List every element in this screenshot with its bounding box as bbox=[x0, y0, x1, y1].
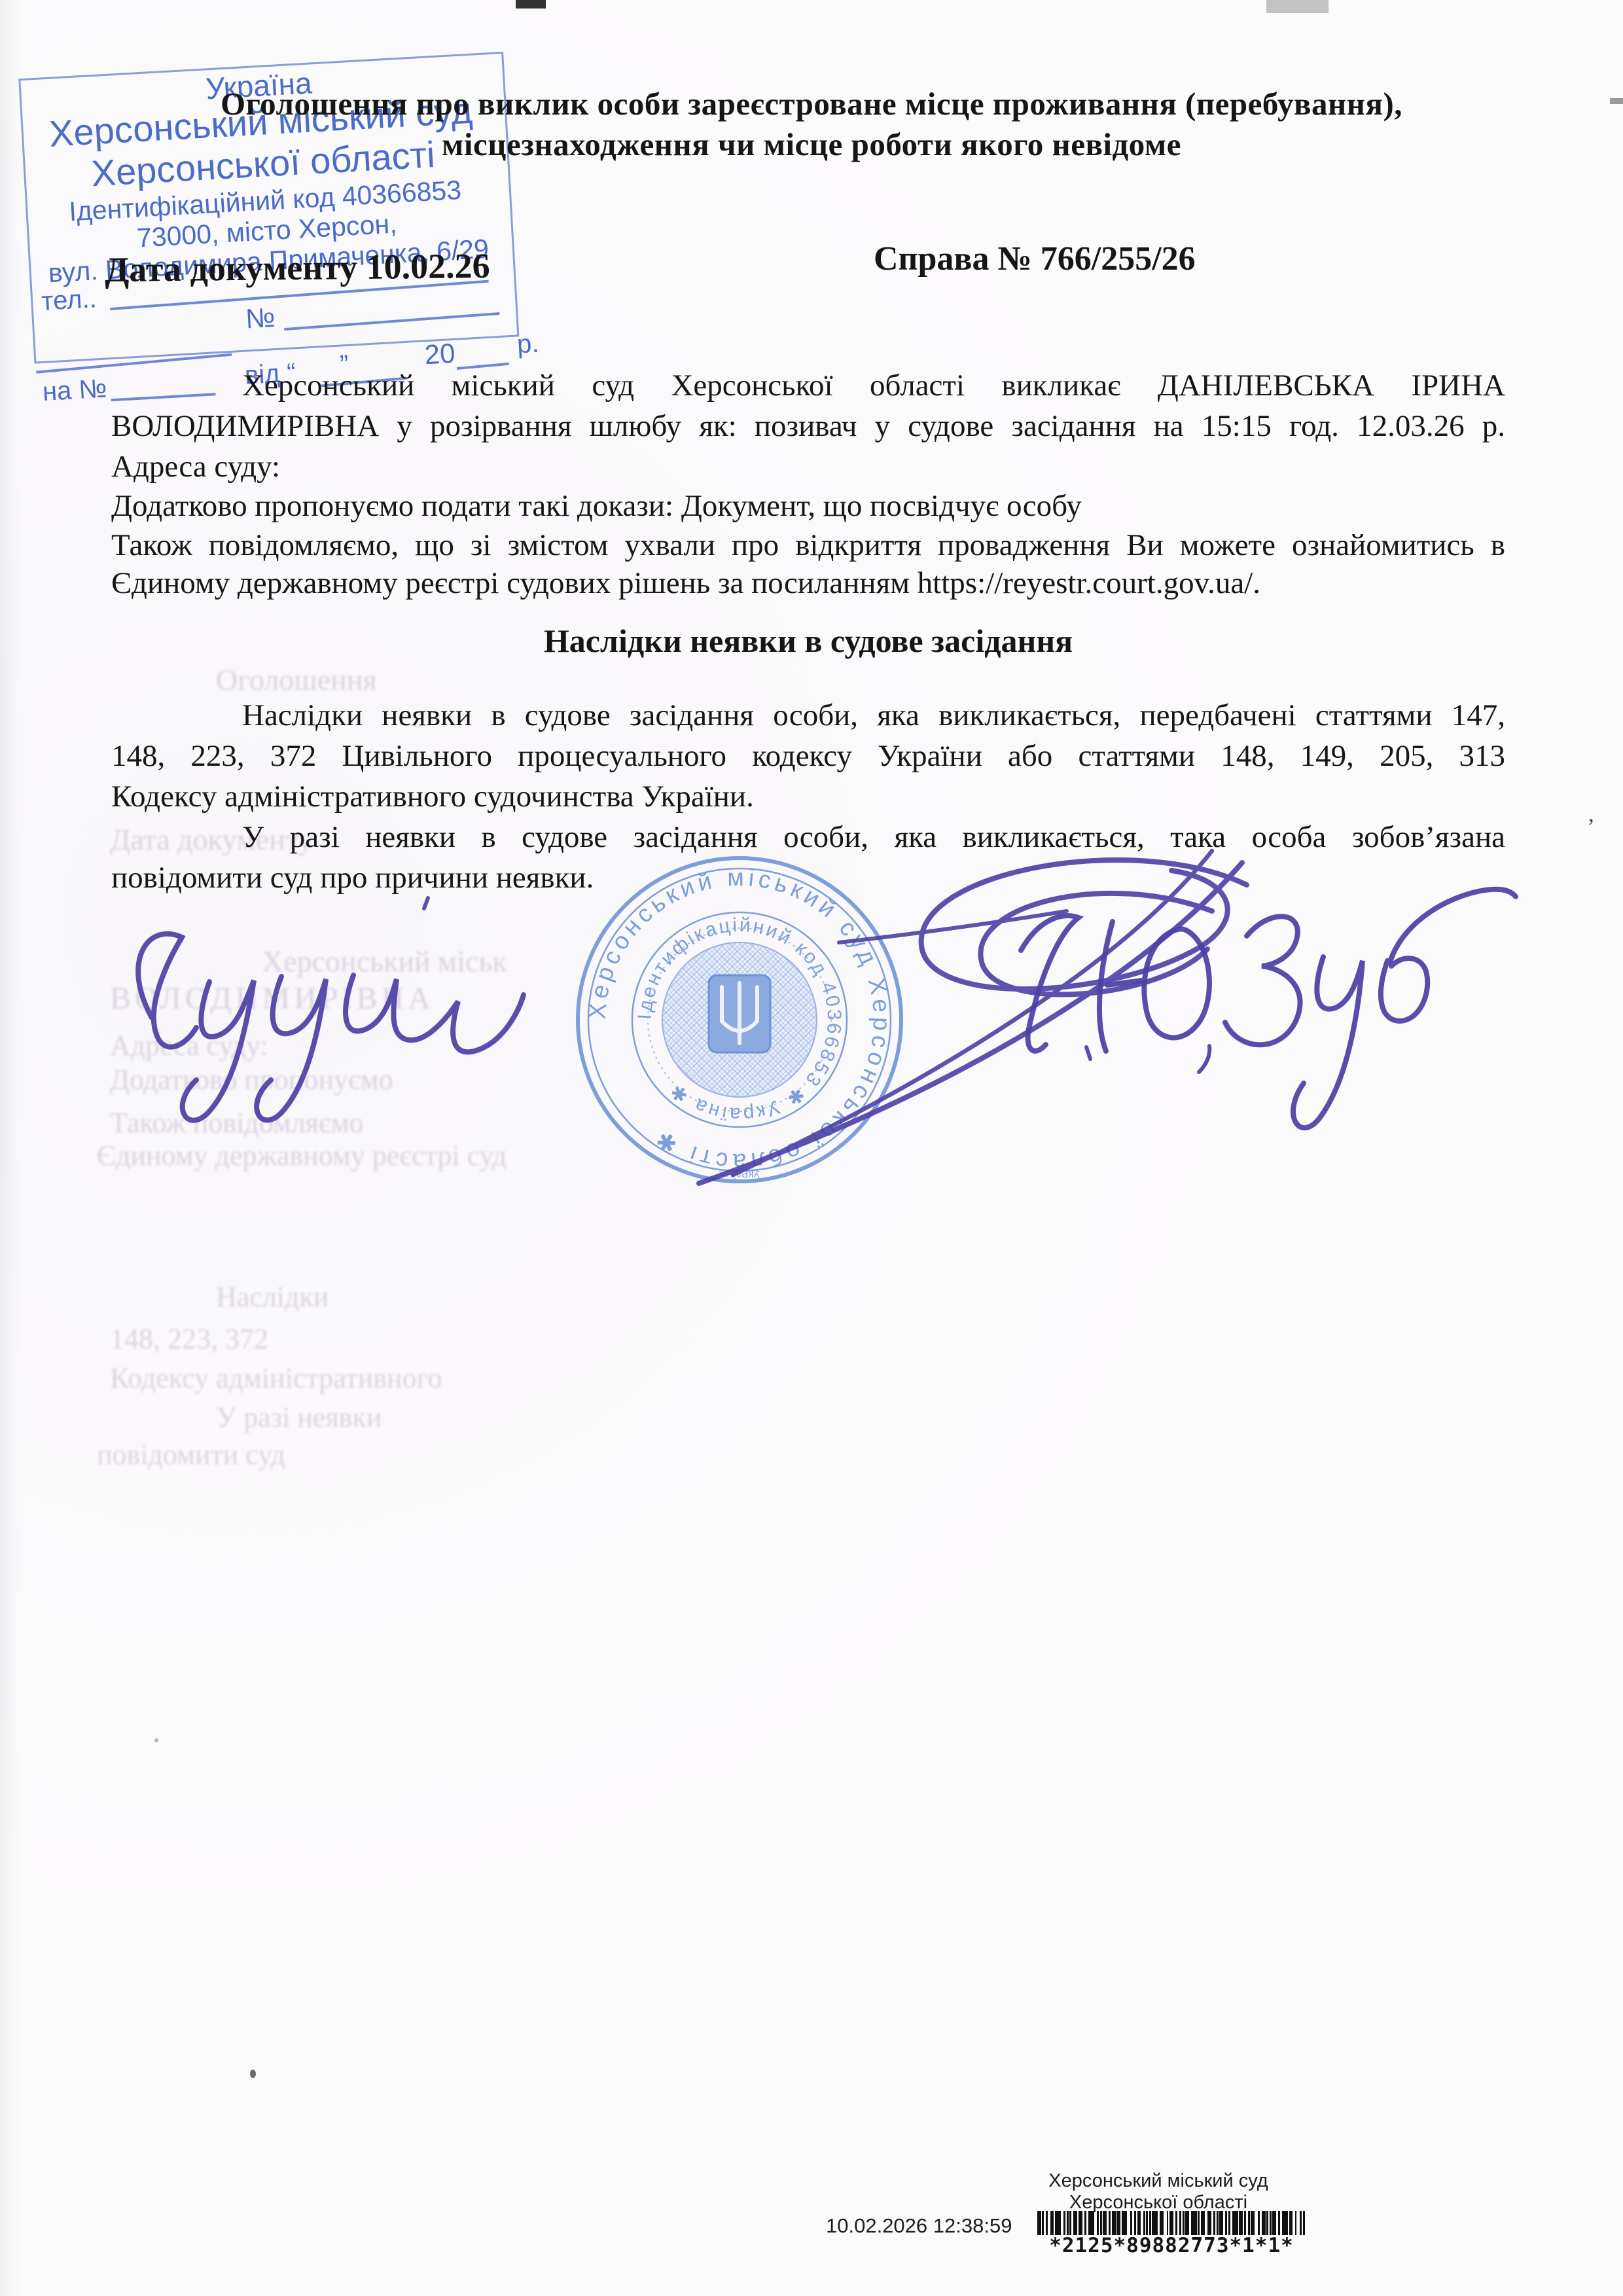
barcode-bar bbox=[1258, 2211, 1260, 2235]
barcode-bar bbox=[1130, 2211, 1132, 2235]
barcode-bar bbox=[1097, 2211, 1099, 2235]
document-title-line2: місцезнаходження чи місце роботи якого н… bbox=[0, 124, 1623, 165]
barcode-bar bbox=[1067, 2211, 1069, 2235]
barcode-bar bbox=[1303, 2211, 1305, 2235]
body-line: 148, 223, 372 Цивільного процесуального … bbox=[111, 738, 1505, 774]
barcode-bar bbox=[1143, 2211, 1145, 2235]
barcode-bar bbox=[1042, 2211, 1044, 2235]
ink-speck bbox=[154, 1738, 158, 1742]
body-line: Кодексу адміністративного судочинства Ук… bbox=[111, 779, 754, 814]
barcode-bar bbox=[1183, 2211, 1185, 2235]
barcode-bar bbox=[1213, 2211, 1215, 2235]
seal-micro-text: УКРАЇНА bbox=[719, 1168, 760, 1179]
stamp-year-suffix: р. bbox=[516, 329, 540, 360]
ghost-text-line: ВОЛОДИМИРІВНА bbox=[110, 980, 435, 1016]
barcode-bar bbox=[1088, 2211, 1094, 2235]
barcode-bar bbox=[1069, 2211, 1071, 2235]
barcode-bar bbox=[1137, 2211, 1141, 2235]
ghost-text-line: повідомити суд bbox=[97, 1438, 285, 1471]
barcode-bar bbox=[1219, 2211, 1223, 2235]
ghost-text-line: У разі неявки bbox=[216, 1401, 382, 1434]
ghost-text-line: Наслідки bbox=[216, 1280, 329, 1314]
barcode-bar bbox=[1262, 2211, 1266, 2235]
scanned-court-document: ’ ОголошенняДата документуХерсонський мі… bbox=[0, 0, 1623, 2296]
section-heading: Наслідки неявки в судове засідання bbox=[111, 622, 1505, 660]
document-date-label: Дата документу bbox=[105, 247, 358, 289]
barcode-bar bbox=[1050, 2211, 1054, 2235]
ghost-text-line: Також повідомляємо bbox=[110, 1106, 364, 1139]
body-line: Єдиному державному реєстрі судових рішен… bbox=[111, 565, 1260, 601]
body-line: Додатково пропонуємо подати такі докази:… bbox=[111, 488, 1082, 524]
footer-court-line1: Херсонський міський суд bbox=[975, 2170, 1342, 2192]
barcode-bar bbox=[1266, 2211, 1268, 2235]
barcode-bar bbox=[1100, 2211, 1102, 2235]
document-title-line1: Оголошення про виклик особи зареєстрован… bbox=[0, 84, 1623, 124]
barcode-bar bbox=[1134, 2211, 1136, 2235]
barcode-bar bbox=[1228, 2211, 1230, 2235]
body-line: Адреса суду: bbox=[111, 449, 280, 484]
barcode-bar bbox=[1270, 2211, 1272, 2235]
barcode-bar bbox=[1169, 2211, 1173, 2235]
ghost-text-line: Оголошення bbox=[216, 662, 377, 697]
round-court-seal: Херсонський міський суд Херсонської обла… bbox=[569, 850, 910, 1190]
body-line: Наслідки неявки в судове засідання особи… bbox=[242, 698, 1505, 733]
document-title: Оголошення про виклик особи зареєстрован… bbox=[0, 84, 1623, 165]
ghost-text-line: Єдиному державному реєстрі суд bbox=[97, 1139, 507, 1172]
barcode-bar bbox=[1185, 2211, 1189, 2235]
barcode-bar bbox=[1112, 2211, 1116, 2235]
ghost-text-line: Херсонський міськ bbox=[262, 944, 507, 978]
scan-smudge bbox=[516, 0, 546, 9]
barcode-label: *2125*89882773*1*1* bbox=[1037, 2234, 1306, 2257]
case-number: Справа № 766/255/26 bbox=[874, 240, 1196, 278]
barcode-bar bbox=[1295, 2211, 1297, 2235]
barcode-bar bbox=[1201, 2211, 1205, 2235]
document-date-value: 10.02.26 bbox=[366, 246, 490, 287]
barcode-bar bbox=[1084, 2211, 1086, 2235]
barcode-bar bbox=[1217, 2211, 1219, 2235]
ghost-text-line: 148, 223, 372 bbox=[110, 1322, 268, 1355]
barcode-bar bbox=[1122, 2211, 1128, 2235]
barcode-bar bbox=[1232, 2211, 1238, 2235]
barcode-bar bbox=[1079, 2211, 1082, 2235]
barcode-bar bbox=[1244, 2211, 1246, 2235]
barcode-bar bbox=[1149, 2211, 1151, 2235]
barcode-bar bbox=[1116, 2211, 1120, 2235]
barcode-bar bbox=[1160, 2211, 1164, 2235]
barcode-bar bbox=[1037, 2211, 1041, 2235]
barcode-bar bbox=[1248, 2211, 1250, 2235]
judge-name-signature: І.Ю.Зуб bbox=[1021, 889, 1516, 1128]
stamp-ref-label: на № bbox=[42, 374, 108, 407]
ghost-text-line: Додатково пропонуємо bbox=[110, 1063, 393, 1096]
barcode-bar bbox=[1225, 2211, 1227, 2235]
footer-timestamp: 10.02.2026 12:38:59 bbox=[826, 2214, 1012, 2238]
barcode-bar bbox=[1198, 2211, 1200, 2235]
body-line: повідомити суд про причини неявки. bbox=[111, 860, 594, 895]
barcode-bar bbox=[1063, 2211, 1065, 2235]
barcode-bar bbox=[1179, 2211, 1181, 2235]
stamp-tel-label: тел.. bbox=[41, 284, 98, 317]
barcode-bar bbox=[1282, 2211, 1288, 2235]
body-line: ВОЛОДИМИРІВНА у розірвання шлюбу як: поз… bbox=[111, 408, 1505, 444]
stamp-number-label: № bbox=[245, 302, 276, 334]
stamp-year-prefix: 20 bbox=[423, 338, 455, 371]
barcode-bar bbox=[1055, 2211, 1061, 2235]
scan-smudge bbox=[1266, 0, 1329, 13]
barcode-bar bbox=[1272, 2211, 1276, 2235]
body-line: Херсонський міський суд Херсонської обла… bbox=[242, 368, 1505, 403]
barcode-bar bbox=[1109, 2211, 1111, 2235]
barcode-bar bbox=[1251, 2211, 1255, 2235]
ink-speck: ’ bbox=[1587, 813, 1595, 840]
barcode bbox=[1037, 2211, 1306, 2235]
document-date-line: Дата документу 10.02.26 bbox=[105, 245, 490, 290]
barcode-bar bbox=[1152, 2211, 1158, 2235]
barcode-bar bbox=[1191, 2211, 1197, 2235]
barcode-bar bbox=[1167, 2211, 1169, 2235]
stamp-ref-underline bbox=[111, 393, 216, 401]
barcode-bar bbox=[1239, 2211, 1243, 2235]
barcode-bar bbox=[1289, 2211, 1293, 2235]
ghost-text-line: Кодексу адміністративного bbox=[110, 1361, 442, 1395]
barcode-bar bbox=[1146, 2211, 1148, 2235]
barcode-bar bbox=[1300, 2211, 1302, 2235]
ghost-text-line: Адреса суду: bbox=[110, 1029, 268, 1062]
ink-speck bbox=[250, 2070, 256, 2078]
barcode-bar bbox=[1046, 2211, 1048, 2235]
barcode-bar bbox=[1207, 2211, 1211, 2235]
barcode-bar bbox=[1103, 2211, 1107, 2235]
barcode-bar bbox=[1278, 2211, 1280, 2235]
body-line: Також повідомляємо, що зі змістом ухвали… bbox=[111, 528, 1505, 563]
barcode-bar bbox=[1175, 2211, 1177, 2235]
barcode-bar bbox=[1073, 2211, 1077, 2235]
